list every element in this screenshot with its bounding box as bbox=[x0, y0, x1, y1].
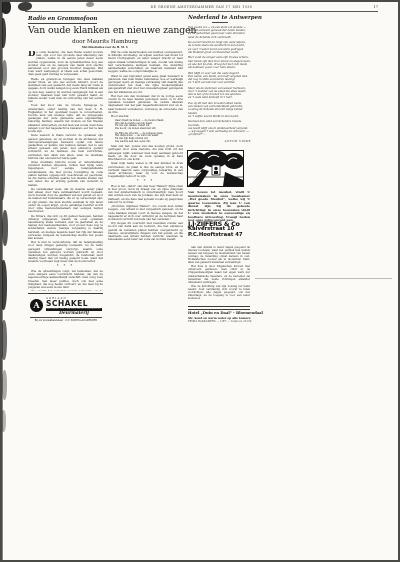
song-lyrics-block: Daar draait de molen, — de molen draait,… bbox=[115, 120, 183, 144]
poem-column: Nederland te Antwerpen Een avond vol — e… bbox=[188, 15, 251, 143]
hotel-ad-title: Hotel „Duin en Daal” - Bloemendaal bbox=[188, 311, 250, 315]
lyric-stanza: De Rijn die stroomt, — de schepen gaan, … bbox=[115, 133, 183, 144]
column-3-text: Aan den Amstel is dezer dagen geopend de… bbox=[188, 246, 250, 301]
body-paragraph: Wie de uitzendingen volgt, zal bemerken,… bbox=[28, 270, 103, 289]
poem-stanza: Wat blijft er over van die oude dagen? E… bbox=[188, 72, 251, 85]
body-paragraph: Wat de oude liederboeken ons hebben over… bbox=[108, 51, 183, 73]
article-byline: door Maurits Hamburg bbox=[28, 39, 182, 45]
poem-title: Nederland te Antwerpen bbox=[188, 15, 251, 21]
body-paragraph: Toen het koor van de Groote Synagoge te … bbox=[28, 104, 103, 133]
body-paragraph: Hoor slechts: bbox=[108, 115, 183, 118]
article-note: Met illustraties voor de H. M. V. bbox=[28, 46, 182, 49]
schakel-ad: A ADRIAAN SCHAKEL MUZIEK- EN INSTRUMENTE… bbox=[30, 297, 102, 322]
body-paragraph: Men ziet het: poëzie van den kouden gron… bbox=[108, 145, 183, 161]
body-paragraph: Het huis is door Engelschen invloed niet… bbox=[188, 265, 250, 283]
body-paragraph: Onze muzikale historie zoude er onherste… bbox=[28, 161, 103, 187]
double-rule bbox=[188, 306, 250, 310]
schakel-monogram-icon: A bbox=[30, 299, 43, 312]
poem-signature: ANTON VINKE bbox=[188, 139, 251, 143]
header-rule bbox=[25, 11, 378, 12]
column-rule bbox=[28, 293, 103, 294]
section-kicker: Radio en Grammofoon bbox=[28, 16, 97, 24]
body-paragraph: Het is niet te verwonderen, dat de belan… bbox=[28, 241, 103, 263]
body-paragraph: Radio en gramofoon brengen ons deze klan… bbox=[28, 78, 103, 104]
poem-stanza: Een avond vol — en een stem vol weelde —… bbox=[188, 26, 251, 39]
body-paragraph: Deze wensch is thans vervuld: de opnamen… bbox=[28, 134, 103, 160]
hotel-ad-line2: Str. koud en warm water op alle kamers bbox=[188, 316, 250, 320]
poem-stanza: Vaarwel dan, stad aan Schelde's breede b… bbox=[188, 120, 251, 136]
schakel-word: Deurmalerij bbox=[46, 311, 102, 316]
gutter-shadow bbox=[0, 0, 18, 562]
hotel-ad-line3: PRIMA BADKAMERS — LIFT — Telefoon 23159 bbox=[188, 320, 250, 323]
body-column-2: Wat de oude liederboeken ons hebben over… bbox=[108, 51, 183, 243]
lead-paragraph: De oude liederen, die men thans weder ho… bbox=[28, 51, 103, 77]
lyric-stanza: Daar draait de molen, — de molen draait,… bbox=[115, 120, 183, 131]
section-divider: * * * bbox=[108, 180, 183, 183]
running-head: DE GROENE AMSTERDAMMER VAN 17 MEI 1930 bbox=[25, 5, 378, 9]
body-paragraph: Het lied van den molenaar, dat in de vor… bbox=[108, 95, 183, 114]
zijfers-ad: J.J·ZIJFERS & Co Kalverstraat 10 P.C.Hoo… bbox=[188, 221, 250, 239]
lead-text: e oude liederen, die men thans weder hoo… bbox=[28, 51, 103, 76]
article-title: Van oude klanken en nieuwe zangen bbox=[28, 25, 182, 36]
poem-rule bbox=[212, 22, 228, 23]
body-paragraph: Zoo wordt het verleden levend gehouden, … bbox=[28, 290, 103, 291]
body-paragraph: Naar mijn beste weten is dit lied nimmer… bbox=[108, 162, 183, 178]
body-paragraph: „Proficiat, mijnheer Hamer”, zoo zoude m… bbox=[108, 205, 183, 221]
body-paragraph: Waar in een bijzonder geval eene plaat b… bbox=[108, 75, 183, 94]
drop-cap: D bbox=[28, 51, 35, 58]
schakel-bottom-line: Bij uw muziekhandelaar · N.V. SMINTA-ACA… bbox=[30, 317, 102, 322]
poem-stanza: De avond ruischt en zingt zijn oude wijz… bbox=[188, 41, 251, 54]
body-paragraph: Aan den Amstel is dezer dagen geopend de… bbox=[188, 246, 250, 264]
body-paragraph: De verzamelaar weet, dat de waarde eener… bbox=[28, 188, 103, 214]
schakel-name: SCHAKEL bbox=[46, 300, 102, 308]
newspaper-page-scan: DE GROENE AMSTERDAMMER VAN 17 MEI 1930 1… bbox=[0, 0, 400, 562]
ink-smudge bbox=[18, 2, 32, 11]
body-paragraph: Wij mogen dit overzicht niet besluiten z… bbox=[108, 222, 183, 241]
hotel-ad: Hotel „Duin en Daal” - Bloemendaal Str. … bbox=[188, 311, 250, 323]
poem-stanza: Zoo zij dit lied den broedervolken beide… bbox=[188, 102, 251, 118]
furniture-ad-text: Van hoven tot meubel, vindt U meubelzake… bbox=[188, 191, 250, 223]
body-paragraph: De firma's, die zich op dit gebied beweg… bbox=[28, 215, 103, 241]
body-paragraph: Wie de inrichting van zijn woning ter ha… bbox=[188, 285, 250, 300]
page-number: 17 bbox=[366, 5, 378, 9]
section-divider: * * * bbox=[28, 265, 103, 268]
poem-stanza: Hier vond de zanger eens zijn trouwe sch… bbox=[188, 56, 251, 69]
body-paragraph: Hoe is het „débit” van den heer Hamer? Z… bbox=[108, 185, 183, 204]
woodcut-illustration bbox=[187, 150, 244, 187]
body-column-1: De oude liederen, die men thans weder ho… bbox=[28, 51, 103, 291]
poem-stanza: Maar als de stemmen van weleer herleven,… bbox=[188, 87, 251, 100]
zijfers-address-2: P.C.Hooftstraat 47 bbox=[188, 233, 250, 239]
fold-line bbox=[255, 278, 392, 279]
